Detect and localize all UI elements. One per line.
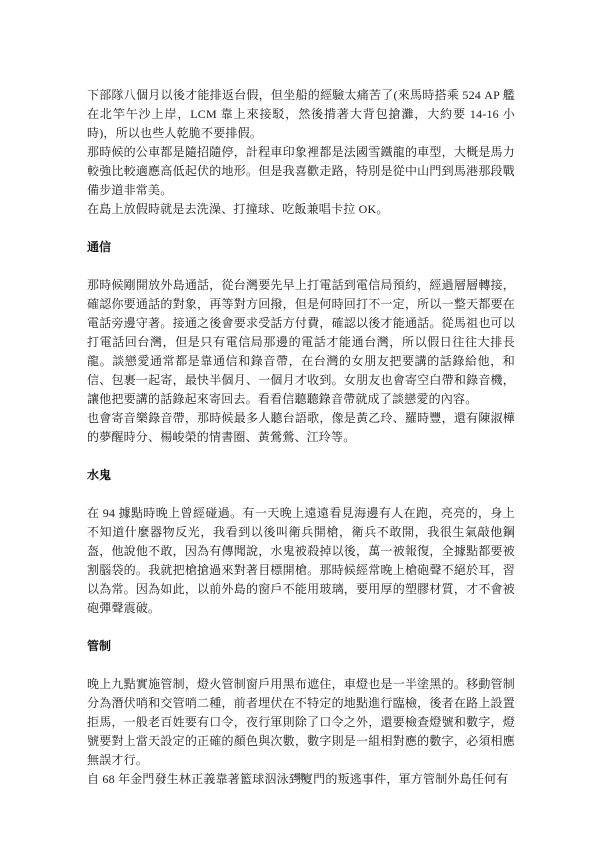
intro-paragraph: 下部隊八個月以後才能排返台假，但坐船的經驗太痛苦了(來馬時搭乘 524 AP 艦… (87, 86, 515, 143)
intro-paragraph: 那時候的公車都是隨招隨停，計程車印象裡都是法國雪鐵龍的車型，大概是馬力較強比較適… (87, 143, 515, 200)
page-number: 98 (0, 771, 600, 783)
paragraph: 晚上九點實施管制，燈火管制窗戶用黑布遮住，車燈也是一半塗黑的。移動管制分為潛伏哨… (87, 675, 515, 770)
paragraph: 也會寄音樂錄音帶，那時候最多人聽台語歌，像是黃乙玲、羅時豐，還有陳淑樺的夢醒時分… (87, 409, 515, 447)
paragraph: 那時候剛開放外島通話，從台灣要先早上打電話到電信局預約，經過層層轉接，確認你要通… (87, 276, 515, 409)
paragraph: 在 94 據點時晚上曾經碰過。有一天晚上遠遠看見海邊有人在跑，亮亮的，身上不知道… (87, 504, 515, 618)
intro-paragraph: 在島上放假時就是去洗澡、打撞球、吃飯兼唱卡拉 OK。 (87, 200, 515, 219)
document-page: 下部隊八個月以後才能排返台假，但坐船的經驗太痛苦了(來馬時搭乘 524 AP 艦… (0, 0, 600, 848)
section-heading-water-ghost: 水鬼 (87, 466, 515, 485)
section-heading-control: 管制 (87, 637, 515, 656)
section-heading-communication: 通信 (87, 238, 515, 257)
document-content: 下部隊八個月以後才能排返台假，但坐船的經驗太痛苦了(來馬時搭乘 524 AP 艦… (87, 86, 515, 789)
